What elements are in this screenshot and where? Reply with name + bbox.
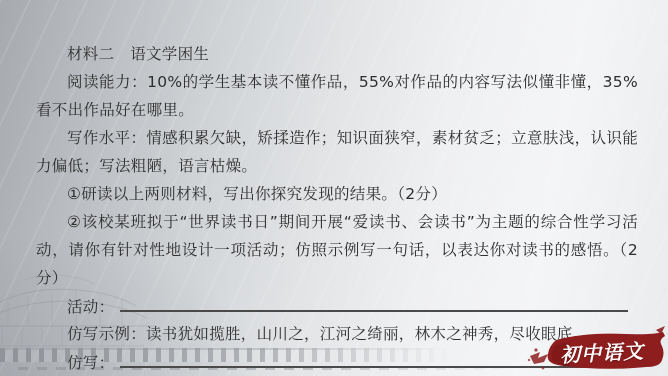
question-1: ①研读以上两则材料，写出你探究发现的结果。（2分） [36, 180, 638, 208]
writing-level-paragraph: 写作水平：情感积累欠缺，矫揉造作；知识面狭窄，素材贫乏；立意肤浅，认识能力偏低；… [36, 124, 638, 180]
logo: 初中语文 [526, 326, 666, 372]
activity-label: 活动： [67, 293, 114, 321]
reading-ability-paragraph: 阅读能力：10%的学生基本读不懂作品，55%对作品的内容写法似懂非懂，35%看不… [36, 68, 638, 124]
slide: 材料二 语文学困生 阅读能力：10%的学生基本读不懂作品，55%对作品的内容写法… [0, 0, 668, 376]
logo-text: 初中语文 [559, 335, 644, 368]
material-title: 材料二 语文学困生 [36, 40, 638, 68]
activity-blank-line [120, 292, 628, 312]
question-2: ②该校某班拟于“世界读书日”期间开展“爱读书、会读书”为主题的综合性学习活动，请… [36, 208, 638, 292]
imitation-label: 仿写： [67, 349, 114, 376]
activity-blank-row: 活动： [36, 292, 638, 320]
